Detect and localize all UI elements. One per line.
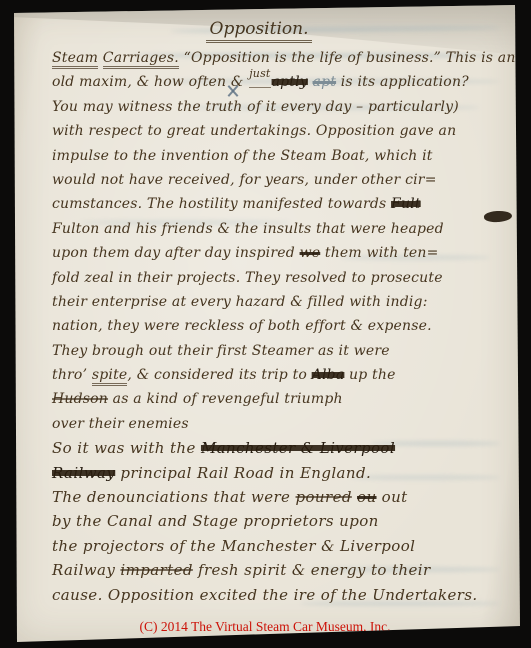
manuscript-line: by the Canal and Stage proprietors upon (52, 509, 502, 533)
text-segment: nation, they were reckless of both effor… (52, 318, 432, 334)
text-segment: up the (344, 367, 395, 383)
text-segment: Manchester & Liverpool (201, 439, 395, 457)
manuscript-line: the projectors of the Manchester & Liver… (52, 534, 502, 558)
manuscript-line: Railway imparted fresh spirit & energy t… (52, 558, 502, 582)
manuscript-line: Fulton and his friends & the insults tha… (52, 217, 502, 241)
text-segment: “Opposition is the life of business.” Th… (179, 50, 516, 66)
text-segment: impulse to the invention of the Steam Bo… (52, 148, 433, 164)
manuscript-line: upon them day after day inspired we them… (52, 241, 502, 265)
text-segment: spite (92, 367, 128, 386)
text-segment: we (300, 245, 321, 261)
text-segment: Railway (52, 561, 120, 579)
manuscript-line: would not have received, for years, unde… (52, 168, 502, 192)
text-segment: them with ten= (320, 245, 438, 261)
page-title-text: Opposition. (206, 19, 313, 43)
text-segment: cumstances. The hostility manifested tow… (52, 196, 391, 212)
manuscript-page: Opposition. Steam Carriages. “Opposition… (10, 5, 520, 642)
text-segment: They brough out their first Steamer as i… (52, 343, 390, 359)
manuscript-line: Hudson as a kind of revengeful triumph (52, 387, 502, 411)
manuscript-line: with respect to great undertakings. Oppo… (52, 119, 502, 143)
text-segment: their enterprise at every hazard & fille… (52, 294, 428, 310)
text-segment: as a kind of revengeful triumph (108, 391, 343, 407)
text-segment: fresh spirit & energy to their (193, 561, 431, 579)
text-segment: with respect to great undertakings. Oppo… (52, 123, 456, 139)
manuscript-line: their enterprise at every hazard & fille… (52, 290, 502, 314)
text-segment: cause. Opposition excited the ire of the… (52, 586, 478, 604)
text-segment: Carriages. (103, 50, 179, 69)
text-segment: aptly (272, 74, 308, 90)
manuscript-line: fold zeal in their projects. They resolv… (52, 266, 502, 290)
manuscript-line: over their enemies (52, 412, 502, 436)
text-segment: over their enemies (52, 416, 189, 432)
text-segment: You may witness the truth of it every da… (52, 99, 459, 115)
text-segment: The denounciations that were (52, 488, 296, 506)
text-segment: by the Canal and Stage proprietors upon (52, 512, 379, 530)
text-segment: , & considered its trip to (127, 367, 311, 383)
text-segment: is its application? (336, 74, 469, 90)
manuscript-line: nation, they were reckless of both effor… (52, 314, 502, 338)
manuscript-line: The denounciations that were poured ou o… (52, 485, 502, 509)
text-segment: imparted (120, 561, 192, 579)
text-segment: the projectors of the Manchester & Liver… (52, 537, 415, 555)
text-segment: apt (313, 74, 337, 90)
manuscript-line: cause. Opposition excited the ire of the… (52, 583, 502, 607)
text-segment: Hudson (52, 391, 108, 407)
manuscript-line: thro’ spite, & considered its trip to Al… (52, 363, 502, 387)
manuscript-body: Steam Carriages. “Opposition is the life… (52, 46, 502, 607)
text-segment: just (249, 62, 270, 87)
text-segment: thro’ (52, 367, 92, 383)
text-segment: fold zeal in their projects. They resolv… (52, 270, 443, 286)
manuscript-line: Railway principal Rail Road in England. (52, 461, 502, 485)
text-segment: principal Rail Road in England. (115, 464, 371, 482)
manuscript-line: Steam Carriages. “Opposition is the life… (52, 46, 502, 70)
text-segment: ou (357, 488, 377, 506)
manuscript-text: Opposition. Steam Carriages. “Opposition… (10, 5, 520, 642)
text-segment: Railway (52, 464, 115, 482)
text-segment: would not have received, for years, unde… (52, 172, 437, 188)
text-segment: Alba (312, 367, 345, 383)
page-title: Opposition. (34, 19, 484, 39)
manuscript-line: You may witness the truth of it every da… (52, 95, 502, 119)
text-segment: Steam (52, 50, 98, 69)
text-segment: Fult (391, 196, 421, 212)
text-segment: Fulton and his friends & the insults tha… (52, 221, 444, 237)
manuscript-line: impulse to the invention of the Steam Bo… (52, 144, 502, 168)
text-segment: So it was with the (52, 439, 201, 457)
manuscript-line: old maxim, & how often & justaptly apt i… (52, 70, 502, 94)
text-segment: out (377, 488, 408, 506)
text-segment: upon them day after day inspired (52, 245, 300, 261)
scan-background: { "page": { "copyright": "(C) 2014 The V… (0, 0, 531, 648)
manuscript-line: They brough out their first Steamer as i… (52, 339, 502, 363)
manuscript-line: So it was with the Manchester & Liverpoo… (52, 436, 502, 460)
manuscript-line: cumstances. The hostility manifested tow… (52, 192, 502, 216)
text-segment: poured (296, 488, 352, 506)
copyright-notice: (C) 2014 The Virtual Steam Car Museum, I… (139, 619, 390, 635)
text-segment: old maxim, & how often & (52, 74, 248, 90)
